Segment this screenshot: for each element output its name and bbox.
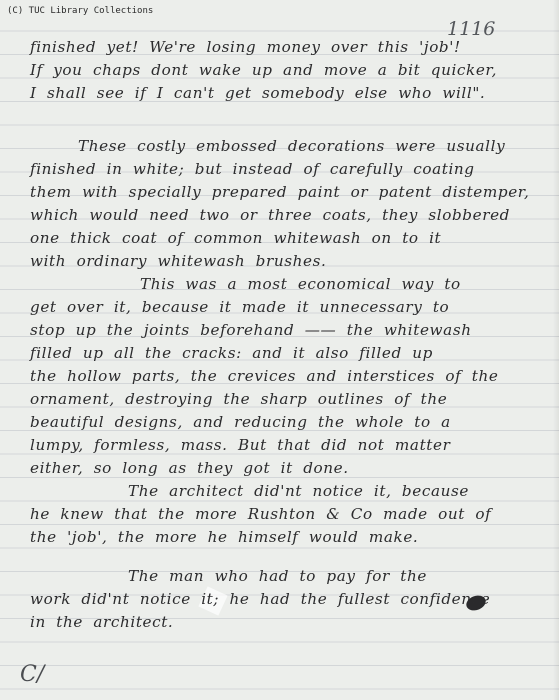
text-line: which would need two or three coats, the… xyxy=(30,206,510,224)
text-line: either, so long as they got it done. xyxy=(30,459,349,477)
text-line: beautiful designs, and reducing the whol… xyxy=(30,413,451,431)
text-line: with ordinary whitewash brushes. xyxy=(30,252,326,270)
text-line: lumpy, formless, mass. But that did not … xyxy=(30,436,450,454)
text-line: get over it, because it made it unnecess… xyxy=(30,298,449,316)
text-line: them with specially prepared paint or pa… xyxy=(30,183,529,201)
text-line: finished in white; but instead of carefu… xyxy=(30,160,475,178)
text-line: one thick coat of common whitewash on to… xyxy=(30,229,441,247)
text-line: I shall see if I can't get somebody else… xyxy=(30,84,485,102)
text-line: work did'nt notice it; he had the fulles… xyxy=(30,590,490,608)
text-line: This was a most economical way to xyxy=(140,275,461,293)
text-line: The architect did'nt notice it, because xyxy=(128,482,469,500)
page-number: 1116 xyxy=(447,18,495,40)
text-line: filled up all the cracks: and it also fi… xyxy=(30,344,433,362)
text-line: These costly embossed decorations were u… xyxy=(78,137,505,155)
footer-continuation-mark: C/ xyxy=(20,662,44,687)
text-line: in the architect. xyxy=(30,613,173,631)
text-line: If you chaps dont wake up and move a bit… xyxy=(30,61,497,79)
text-line: the 'job', the more he himself would mak… xyxy=(30,528,418,546)
manuscript-page: (C) TUC Library Collections 1116 finishe… xyxy=(0,0,559,700)
text-line: stop up the joints beforehand —— the whi… xyxy=(30,321,472,339)
text-line: the hollow parts, the crevices and inter… xyxy=(30,367,498,385)
copyright-watermark: (C) TUC Library Collections xyxy=(7,6,153,16)
text-line: ornament, destroying the sharp outlines … xyxy=(30,390,447,408)
text-line: finished yet! We're losing money over th… xyxy=(30,38,461,56)
text-line: he knew that the more Rushton & Co made … xyxy=(30,505,491,523)
text-line: The man who had to pay for the xyxy=(128,567,427,585)
